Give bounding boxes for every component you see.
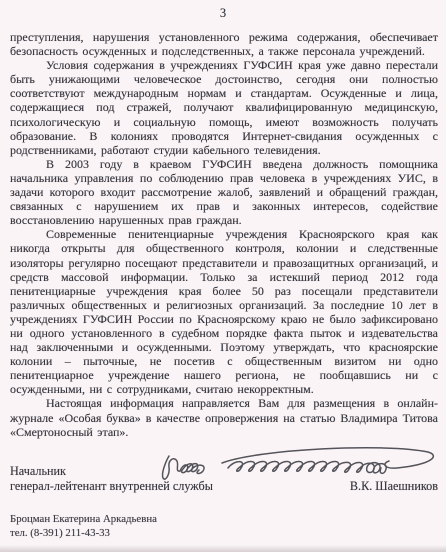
paragraph-5: Настоящая информация направляется Вам дл… <box>10 396 438 438</box>
signature-block: Начальник генерал-лейтенант внутренней с… <box>10 464 438 494</box>
letter-body: преступления, нарушения установленного р… <box>0 21 446 439</box>
paragraph-3: В 2003 году в краевом ГУФСИН введена дол… <box>10 157 438 227</box>
scanned-letter-page: 3 преступления, нарушения установленного… <box>0 0 446 552</box>
page-number: 3 <box>0 0 446 21</box>
paragraph-2: Условия содержания в учреждениях ГУФСИН … <box>10 58 438 157</box>
signer-name: В.К. Шаешников <box>350 479 438 494</box>
signer-position-line2: генерал-лейтенант внутренней службы <box>10 479 213 494</box>
scan-shadow-edge <box>0 545 446 552</box>
contact-name: Броцман Екатерина Аркадьевна <box>10 513 157 527</box>
contact-phone: тел. (8-391) 211-43-33 <box>10 527 157 541</box>
signer-position-line1: Начальник <box>10 464 438 479</box>
executor-contact: Броцман Екатерина Аркадьевна тел. (8-391… <box>10 513 157 540</box>
paragraph-4: Современные пенитенциарные учреждения Кр… <box>10 227 438 396</box>
paragraph-1: преступления, нарушения установленного р… <box>10 30 438 58</box>
